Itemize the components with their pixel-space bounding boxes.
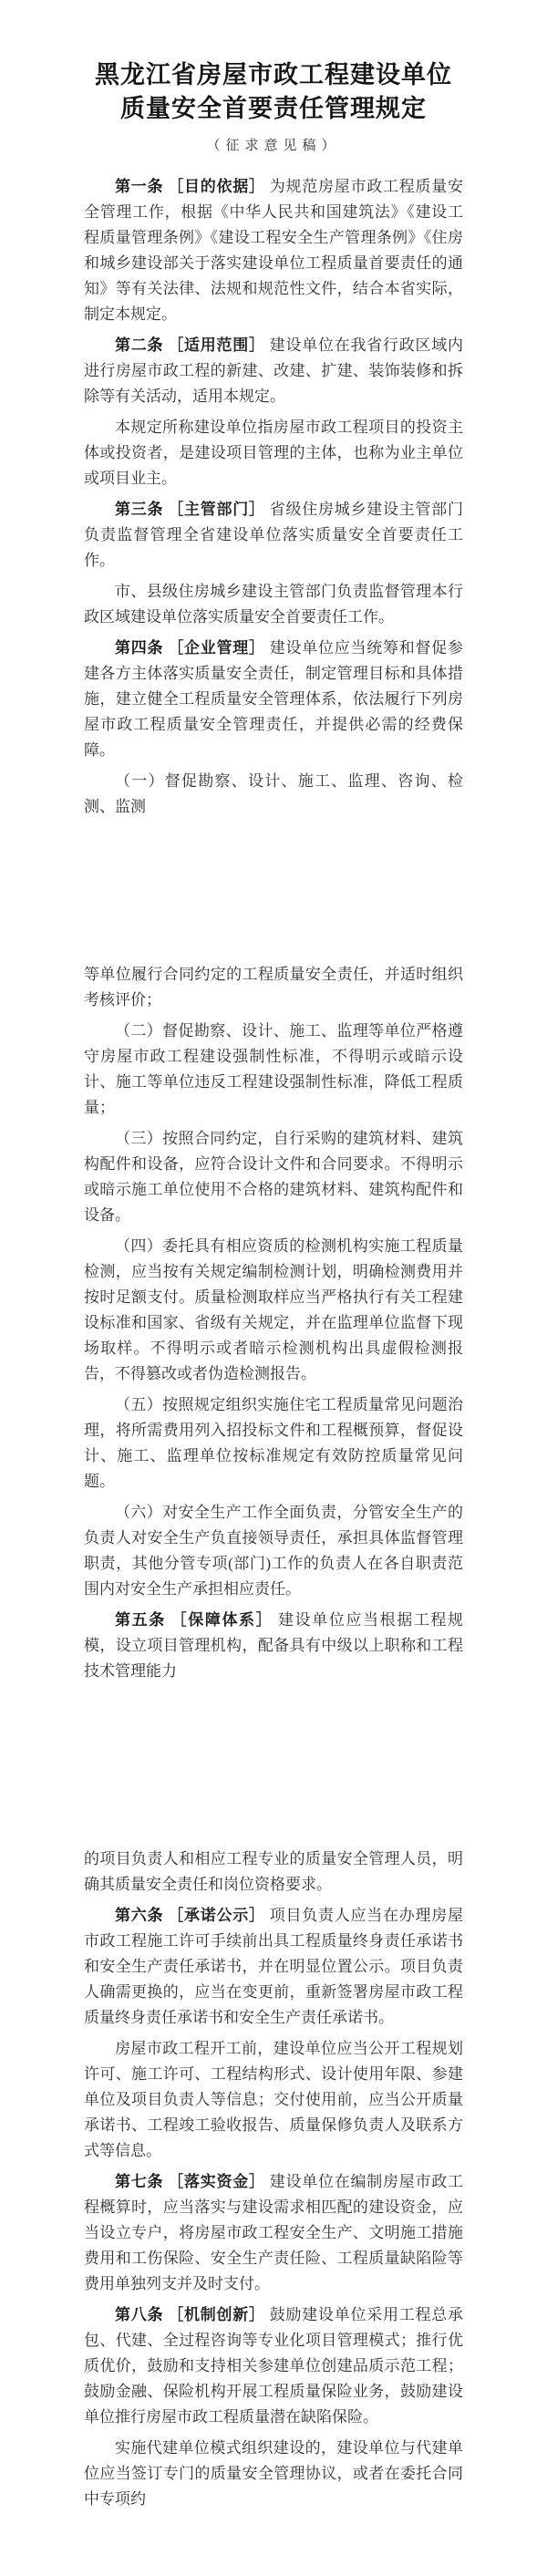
article-tag: ［落实资金］ [168, 2173, 265, 2190]
article-number: 第五条 [115, 1611, 166, 1629]
article-tag: ［保障体系］ [171, 1611, 273, 1629]
article-number: 第三条 [115, 501, 163, 518]
body-paragraph: 的项目负责人和相应工程专业的质量安全管理人员，明确其质量安全责任和岗位资格要求。 [84, 1847, 463, 1898]
document-title: 黑龙江省房屋市政工程建设单位 质量安全首要责任管理规定 [73, 58, 474, 126]
page-break [0, 1690, 547, 1847]
body-paragraph: 房屋市政工程开工前，建设单位应当公开工程规划许可、施工许可、工程结构形式、设计使… [84, 2036, 463, 2164]
document-title-line2: 质量安全首要责任管理规定 [120, 95, 427, 122]
body-paragraph: 实施代建单位模式组织建设的，建设单位与代建单位应当签订专门的质量安全管理协议，或… [84, 2436, 463, 2512]
article-tag: ［主管部门］ [168, 501, 265, 518]
article-paragraph: 第二条 ［适用范围］ 建设单位在我省行政区域内进行房屋市政工程的新建、改建、扩建… [84, 333, 463, 409]
body-paragraph: （二）督促勘察、设计、施工、监理等单位严格遵守房屋市政工程建设强制性标准，不得明… [84, 1019, 463, 1121]
article-tag: ［适用范围］ [168, 336, 265, 354]
page-1: 第一条 ［目的依据］ 为规范房屋市政工程质量安全管理工作，根据《中华人民共和国建… [0, 174, 547, 820]
body-paragraph: （四）委托具有相应资质的检测机构实施工程质量检测，应当按有关规定编制检测计划，明… [84, 1234, 463, 1387]
document-header: 黑龙江省房屋市政工程建设单位 质量安全首要责任管理规定 （征求意见稿） [0, 0, 547, 154]
document-pages: 第一条 ［目的依据］ 为规范房屋市政工程质量安全管理工作，根据《中华人民共和国建… [0, 174, 547, 2512]
article-paragraph: 第三条 ［主管部门］ 省级住房城乡建设主管部门负责监督管理全省建设单位落实质量安… [84, 497, 463, 574]
document: 黑龙江省房屋市政工程建设单位 质量安全首要责任管理规定 （征求意见稿） 第一条 … [0, 0, 547, 2576]
body-paragraph: 等单位履行合同约定的工程质量安全责任，并适时组织考核评价； [84, 962, 463, 1013]
body-paragraph: 本规定所称建设单位指房屋市政工程项目的投资主体或投资者，是建设项目管理的主体，也… [84, 415, 463, 491]
article-paragraph: 第七条 ［落实资金］ 建设单位在编制房屋市政工程概算时，应当落实与建设需求相匹配… [84, 2169, 463, 2297]
page-break [0, 825, 547, 962]
article-number: 第八条 [115, 2306, 163, 2323]
article-paragraph: 第八条 ［机制创新］ 鼓励建设单位采用工程总承包、代建、全过程咨询等专业化项目管… [84, 2302, 463, 2430]
article-number: 第六条 [115, 1907, 163, 1924]
body-paragraph: （三）按照合同约定，自行采购的建筑材料、建筑构配件和设备，应符合设计文件和合同要… [84, 1126, 463, 1228]
document-title-line1: 黑龙江省房屋市政工程建设单位 [95, 61, 452, 88]
article-tag: ［承诺公示］ [168, 1907, 265, 1924]
article-number: 第七条 [115, 2173, 163, 2190]
article-tag: ［机制创新］ [168, 2306, 265, 2323]
article-number: 第四条 [115, 639, 163, 657]
article-paragraph: 第四条 ［企业管理］ 建设单位应当统筹和督促参建各方主体落实质量安全责任，制定管… [84, 636, 463, 763]
body-paragraph: （六）对安全生产工作全面负责，分管安全生产的负责人对安全生产负直接领导责任，承担… [84, 1500, 463, 1602]
page-3: 的项目负责人和相应工程专业的质量安全管理人员，明确其质量安全责任和岗位资格要求。… [0, 1847, 547, 2512]
article-number: 第二条 [115, 336, 163, 354]
body-paragraph: 市、县级住房城乡建设主管部门负责监督管理本行政区域建设单位落实质量安全首要责任工… [84, 579, 463, 630]
article-tag: ［企业管理］ [168, 639, 265, 657]
article-paragraph: 第一条 ［目的依据］ 为规范房屋市政工程质量安全管理工作，根据《中华人民共和国建… [84, 174, 463, 327]
page-2: 等单位履行合同约定的工程质量安全责任，并适时组织考核评价；（二）督促勘察、设计、… [0, 962, 547, 1684]
article-number: 第一条 [115, 178, 163, 195]
body-paragraph: （五）按照规定组织实施住宅工程质量常见问题治理，将所需费用列入招投标文件和工程概… [84, 1392, 463, 1495]
article-paragraph: 第五条 ［保障体系］ 建设单位应当根据工程规模，设立项目管理机构，配备具有中级以… [84, 1608, 463, 1684]
document-subtitle: （征求意见稿） [73, 135, 474, 154]
article-paragraph: 第六条 ［承诺公示］ 项目负责人应当在办理房屋市政工程施工许可手续前出具工程质量… [84, 1903, 463, 2031]
article-tag: ［目的依据］ [168, 178, 265, 195]
body-paragraph: （一）督促勘察、设计、施工、监理、咨询、检测、监测 [84, 769, 463, 820]
